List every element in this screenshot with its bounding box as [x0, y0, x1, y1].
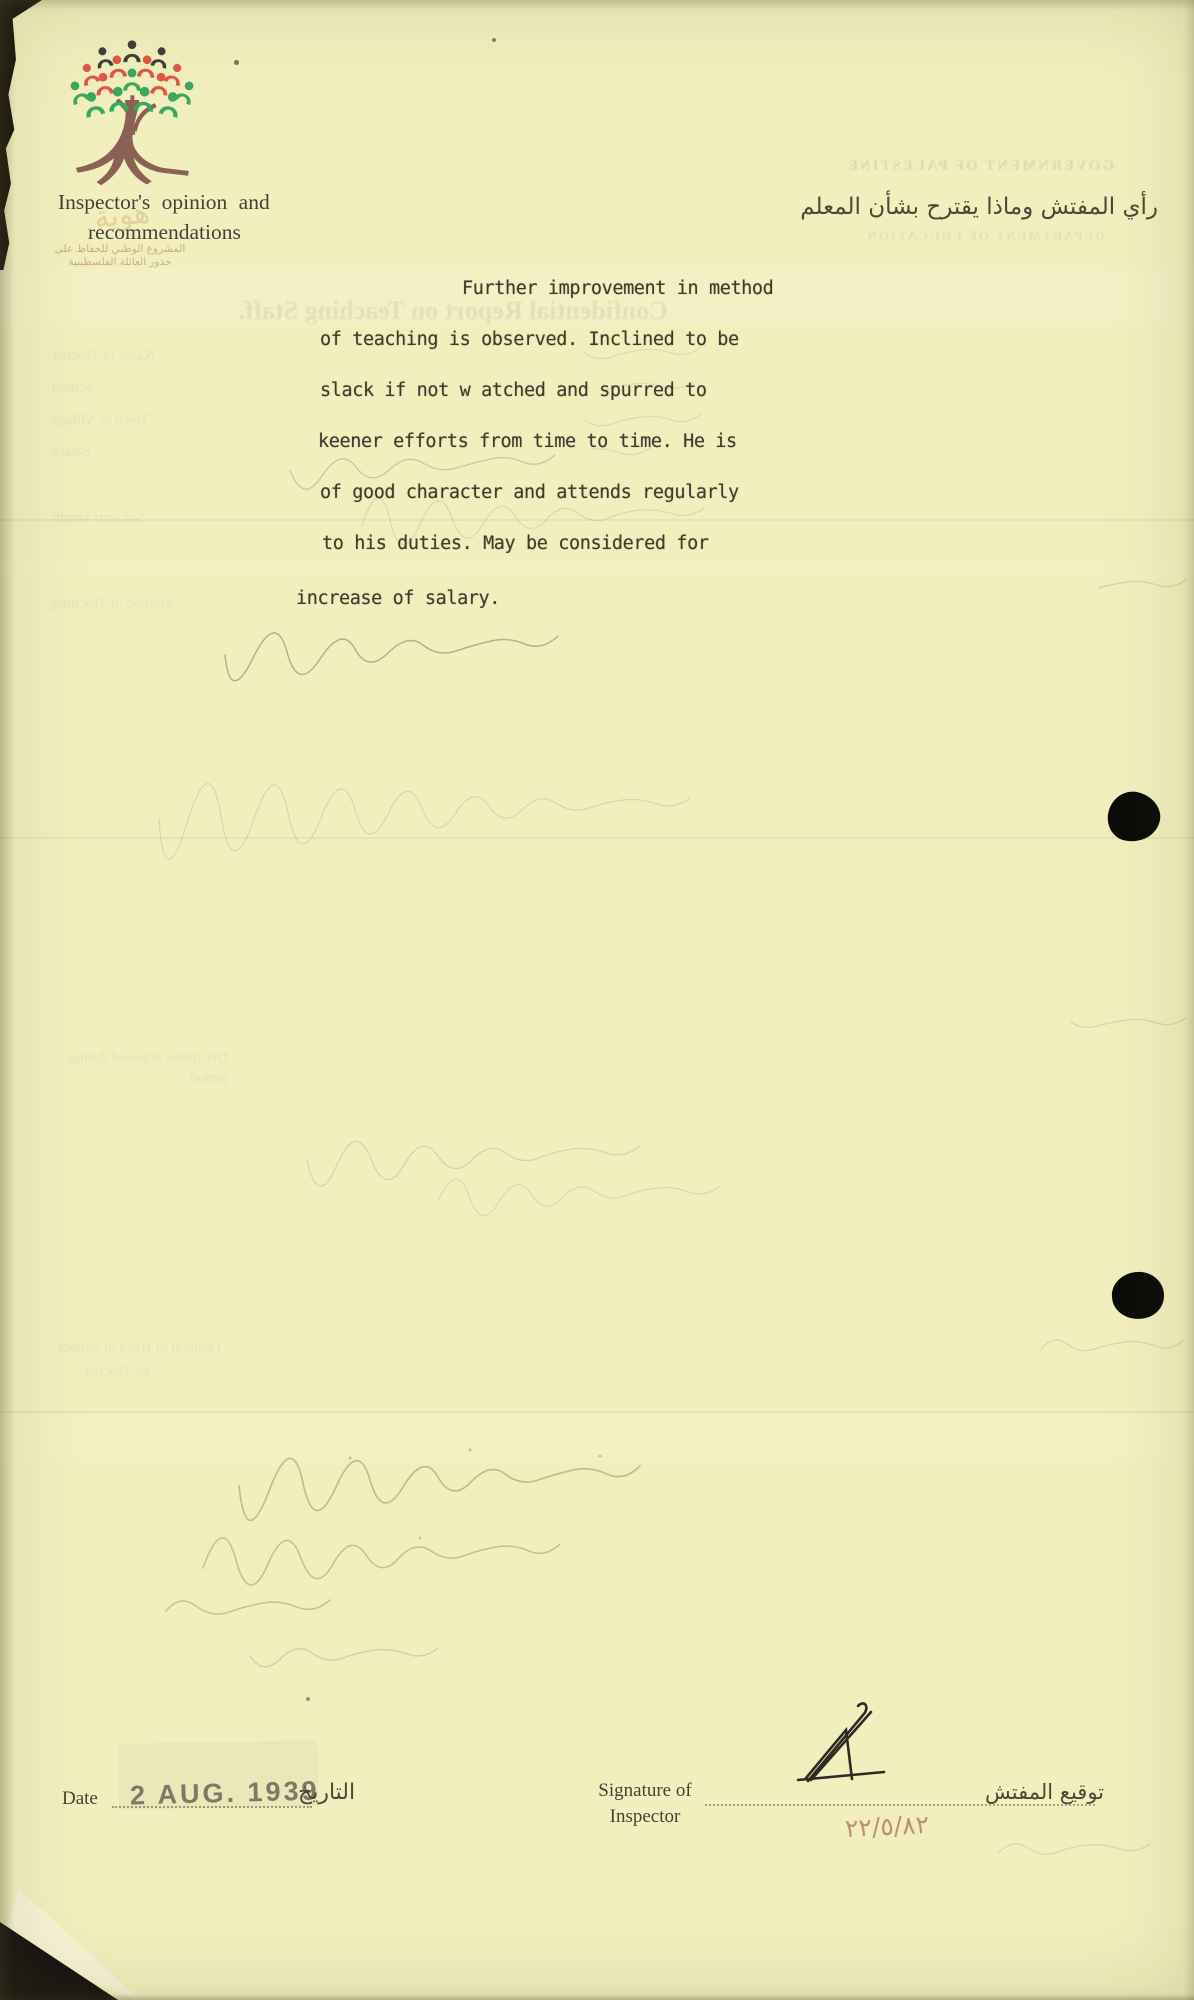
- inspector-opinion-heading-ar: رأي المفتش وماذا يقترح بشأن المعلم: [780, 194, 1158, 220]
- ink-speck: [306, 1697, 310, 1701]
- report-line: Further improvement in method: [462, 278, 773, 299]
- archive-project-logo: [64, 40, 200, 190]
- bleedthrough-field-town: Town or Village: [52, 412, 149, 429]
- hole-punch-top: [1103, 786, 1166, 847]
- bleed-right-edge-1: [1099, 580, 1186, 588]
- handwriting-tan-2: [203, 1538, 560, 1585]
- report-line: increase of salary.: [296, 588, 500, 609]
- date-label: Date: [62, 1788, 98, 1810]
- paper-crease: [0, 1411, 1194, 1413]
- handwriting-tan-1: [239, 1458, 640, 1520]
- handwriting-dot: [348, 1456, 351, 1459]
- report-line: keener efforts from time to time. He is: [318, 431, 737, 452]
- handwritten-reference-number: ٢٢/٥/٨٢: [844, 1810, 929, 1843]
- handwriting-above-date: [250, 1648, 438, 1667]
- inspector-opinion-heading-en: Inspector's opinion and: [58, 190, 270, 215]
- handwriting-dot: [419, 1537, 422, 1540]
- date-label-ar: التاريخ: [298, 1780, 355, 1805]
- report-line: of teaching is observed. Inclined to be: [320, 329, 739, 350]
- bleedthrough-field-school: School: [52, 380, 94, 397]
- ink-speck: [234, 60, 239, 65]
- bleedthrough-field-discipline: Discipline imposed during period: [48, 1048, 228, 1088]
- paper-light-band: [0, 1413, 1194, 1461]
- paper-light-band: [0, 560, 1194, 576]
- archive-logo-caption: المشروع الوطني للحفاظ على جذور العائلة ا…: [40, 243, 200, 269]
- logo-caption-line-2: جذور العائلة الفلسطينية: [40, 256, 200, 269]
- bleed-entry-3: [585, 415, 700, 426]
- bleed-right-edge-3: [1041, 1340, 1184, 1351]
- bleedthrough-field-method: Method of Teaching: [52, 596, 173, 613]
- bleedthrough-report-title: Confidential Report on Teaching Staff.: [170, 296, 736, 326]
- report-line: to his duties. May be considered for: [322, 533, 709, 554]
- faded-handwriting-layer: [0, 0, 1194, 2000]
- date-stamp: 2 AUG. 1939: [130, 1776, 320, 1812]
- handwriting-dot: [468, 1448, 471, 1451]
- bleedthrough-field-opinion-line2: on Teacher: [84, 1363, 150, 1380]
- scanned-document-page: المشروع الوطني للحفاظ على جذور العائلة ا…: [0, 0, 1194, 2000]
- inspector-opinion-heading-en-line2: recommendations: [88, 220, 241, 245]
- ink-speck: [492, 38, 496, 42]
- paper-crease: [0, 837, 1194, 839]
- scan-edge-shadow: [0, 0, 14, 2000]
- handwriting-tan-3: [166, 1600, 330, 1614]
- bleedthrough-government-line: GOVERNMENT OF PALESTINE: [800, 158, 1160, 175]
- hole-punch-bottom: [1109, 1269, 1167, 1323]
- bleed-right-edge-2: [1071, 1018, 1186, 1027]
- bleedthrough-field-name: Name of Teacher: [52, 348, 155, 365]
- signature-of-inspector-label-line2: Inspector: [560, 1806, 730, 1828]
- report-line: slack if not w atched and spurred to: [320, 380, 707, 401]
- logo-figures-dark: [94, 40, 170, 68]
- scan-edge-shadow: [0, 0, 1194, 10]
- bleedthrough-department-line: DEPARTMENT OF EDUCATION: [820, 228, 1150, 244]
- handwriting-method-row: [225, 633, 558, 681]
- torn-corner-black-top-left: [0, 0, 42, 270]
- signature-label-ar: توقيع المفتش: [985, 1780, 1104, 1804]
- handwriting-faint-middle: [159, 784, 690, 860]
- bleedthrough-field-subjects: Subjects taught: [52, 510, 144, 527]
- handwriting-dot: [598, 1454, 601, 1457]
- signature-of-inspector-label: Signature of: [560, 1780, 730, 1802]
- handwriting-lower-1: [307, 1141, 640, 1186]
- bleedthrough-field-opinion: Opinion of Head of School: [58, 1340, 220, 1357]
- inspector-signature-handwriting: [740, 1692, 910, 1802]
- bleedthrough-field-salary: Salary: [52, 444, 90, 461]
- paper-crease: [0, 519, 1194, 521]
- handwriting-lower-2: [438, 1179, 720, 1215]
- handwriting-under-ref: [998, 1844, 1150, 1854]
- scan-edge-shadow: [1184, 0, 1194, 2000]
- scan-edge-shadow: [0, 1994, 1194, 2000]
- report-line: of good character and attends regularly: [320, 482, 739, 503]
